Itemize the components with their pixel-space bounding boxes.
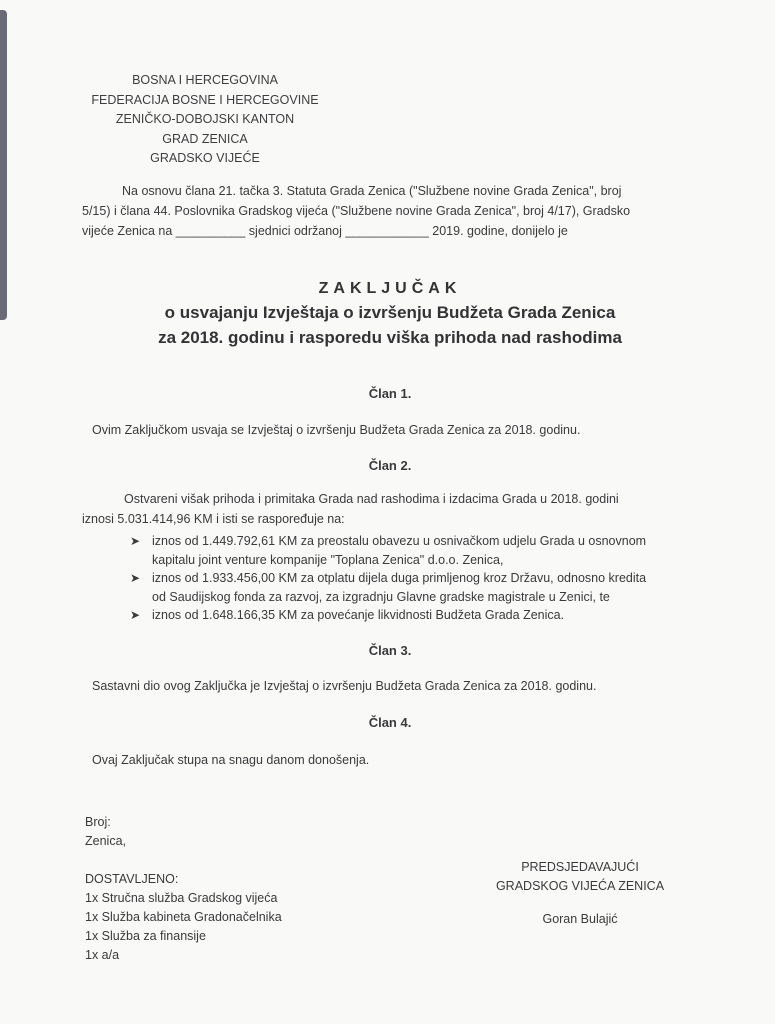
allocation-list: ➤ iznos od 1.449.792,61 KM za preostalu …	[130, 532, 720, 625]
reference-number-label: Broj:	[85, 813, 282, 832]
article-3-heading: Član 3.	[200, 641, 580, 660]
recipient-item: 1x Stručna služba Gradskog vijeća	[85, 889, 282, 908]
delivered-label: DOSTAVLJENO:	[85, 870, 282, 889]
article-4-text: Ovaj Zaključak stupa na snagu danom dono…	[92, 750, 722, 770]
article-1-text: Ovim Zaključkom usvaja se Izvještaj o iz…	[92, 420, 722, 440]
recipient-item: 1x Služba kabineta Gradonačelnika	[85, 908, 282, 927]
header-city: GRAD ZENICA	[90, 130, 320, 150]
recipient-item: 1x a/a	[85, 946, 282, 965]
arrowhead-bullet-icon: ➤	[130, 569, 140, 588]
document-title: ZAKLJUČAK o usvajanju Izvještaja o izvrš…	[100, 278, 680, 350]
document-page: BOSNA I HERCEGOVINA FEDERACIJA BOSNE I H…	[0, 0, 775, 1024]
allocation-item: ➤ iznos od 1.648.166,35 KM za povećanje …	[130, 606, 720, 625]
signature-title-1: PREDSJEDAVAJUĆI	[480, 858, 680, 877]
header-council: GRADSKO VIJEĆE	[90, 149, 320, 169]
arrowhead-bullet-icon: ➤	[130, 606, 140, 625]
place-label: Zenica,	[85, 832, 282, 851]
allocation-item-line-1: iznos od 1.933.456,00 KM za otplatu dije…	[152, 569, 720, 588]
article-2-line-2: iznosi 5.031.414,96 KM i isti se raspore…	[82, 509, 722, 529]
article-3-text: Sastavni dio ovog Zaključka je Izvještaj…	[92, 676, 722, 696]
signature-block: PREDSJEDAVAJUĆI GRADSKOG VIJEĆA ZENICA G…	[480, 858, 680, 929]
allocation-item: ➤ iznos od 1.933.456,00 KM za otplatu di…	[130, 569, 720, 606]
allocation-item-line-1: iznos od 1.648.166,35 KM za povećanje li…	[152, 606, 720, 625]
intro-line-3: vijeće Zenica na __________ sjednici odr…	[82, 221, 712, 241]
arrowhead-bullet-icon: ➤	[130, 532, 140, 551]
title-subtitle-1: o usvajanju Izvještaja o izvršenju Budže…	[100, 300, 680, 325]
header-canton: ZENIČKO-DOBOJSKI KANTON	[90, 110, 320, 130]
article-4-heading: Član 4.	[200, 713, 580, 732]
document-footer-left: Broj: Zenica, DOSTAVLJENO: 1x Stručna sl…	[85, 813, 282, 965]
title-main: ZAKLJUČAK	[100, 278, 680, 300]
signature-title-2: GRADSKOG VIJEĆA ZENICA	[480, 877, 680, 896]
title-subtitle-2: za 2018. godinu i rasporedu viška prihod…	[100, 325, 680, 350]
document-header: BOSNA I HERCEGOVINA FEDERACIJA BOSNE I H…	[90, 71, 320, 169]
header-country: BOSNA I HERCEGOVINA	[90, 71, 320, 91]
article-2-heading: Član 2.	[200, 456, 580, 475]
header-federation: FEDERACIJA BOSNE I HERCEGOVINE	[90, 91, 320, 111]
article-2-text: Ostvareni višak prihoda i primitaka Grad…	[82, 489, 722, 529]
article-1-heading: Član 1.	[200, 384, 580, 403]
allocation-item-line-2: kapitalu joint venture kompanije "Toplan…	[152, 551, 720, 570]
allocation-item-line-1: iznos od 1.449.792,61 KM za preostalu ob…	[152, 532, 720, 551]
intro-line-1: Na osnovu člana 21. tačka 3. Statuta Gra…	[82, 181, 712, 201]
recipient-item: 1x Služba za finansije	[85, 927, 282, 946]
allocation-item: ➤ iznos od 1.449.792,61 KM za preostalu …	[130, 532, 720, 569]
intro-line-2: 5/15) i člana 44. Poslovnika Gradskog vi…	[82, 201, 712, 221]
intro-paragraph: Na osnovu člana 21. tačka 3. Statuta Gra…	[82, 181, 712, 241]
signatory-name: Goran Bulajić	[480, 910, 680, 929]
article-2-line-1: Ostvareni višak prihoda i primitaka Grad…	[82, 489, 722, 509]
allocation-item-line-2: od Saudijskog fonda za razvoj, za izgrad…	[152, 588, 720, 607]
